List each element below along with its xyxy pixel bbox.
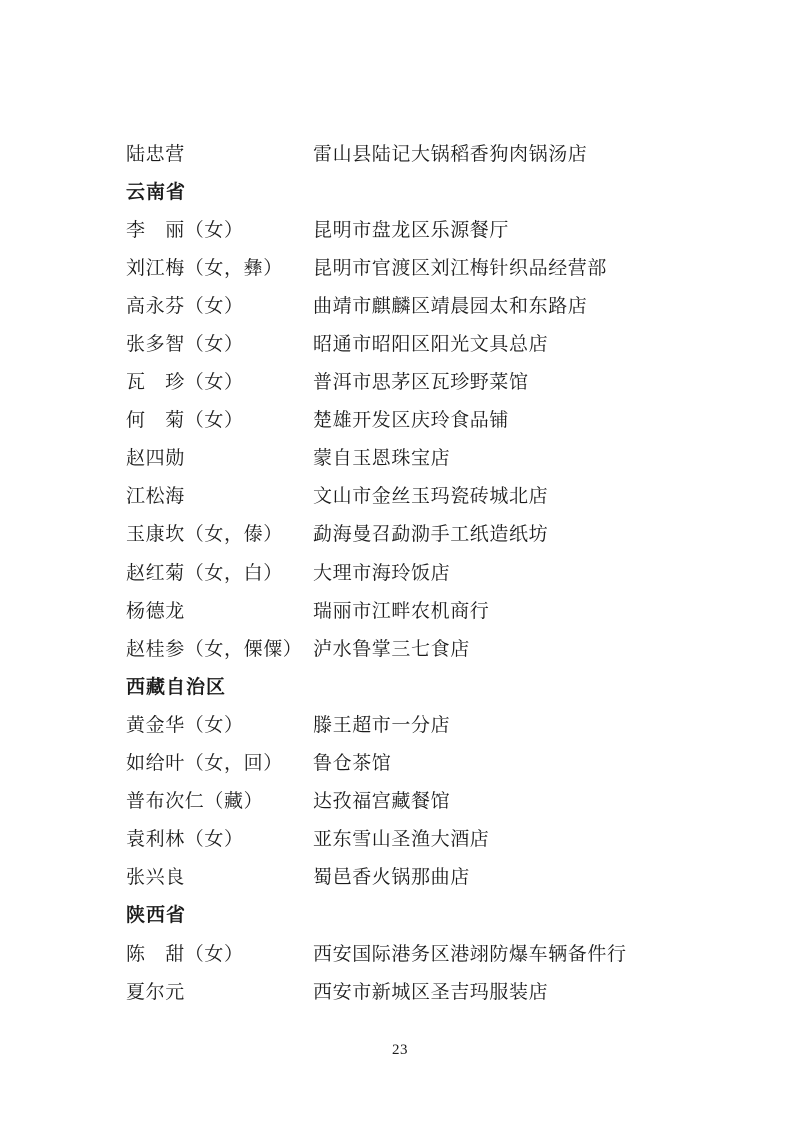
list-entry: 张兴良 蜀邑香火锅那曲店 xyxy=(126,857,706,895)
business-name: 楚雄开发区庆玲食品铺 xyxy=(313,405,706,432)
business-name: 昭通市昭阳区阳光文具总店 xyxy=(313,329,706,356)
list-entry: 李 丽（女） 昆明市盘龙区乐源餐厅 xyxy=(126,209,706,247)
business-name: 文山市金丝玉玛瓷砖城北店 xyxy=(313,481,706,508)
section-header-shaanxi: 陕西省 xyxy=(126,895,706,933)
list-entry: 赵桂参（女，傈僳） 泸水鲁掌三七食店 xyxy=(126,628,706,666)
person-name: 赵桂参（女，傈僳） xyxy=(126,634,313,661)
list-entry: 陆忠营 雷山县陆记大锅稻香狗肉锅汤店 xyxy=(126,133,706,171)
business-name: 大理市海玲饭店 xyxy=(313,558,706,585)
business-name: 泸水鲁掌三七食店 xyxy=(313,634,706,661)
person-name: 普布次仁（藏） xyxy=(126,786,313,813)
business-name: 昆明市盘龙区乐源餐厅 xyxy=(313,215,706,242)
list-entry: 杨德龙 瑞丽市江畔农机商行 xyxy=(126,590,706,628)
business-name: 瑞丽市江畔农机商行 xyxy=(313,596,706,623)
list-entry: 袁利林（女） 亚东雪山圣渔大酒店 xyxy=(126,819,706,857)
list-entry: 瓦 珍（女） 普洱市思茅区瓦珍野菜馆 xyxy=(126,362,706,400)
person-name: 赵四勋 xyxy=(126,443,313,470)
business-name: 滕王超市一分店 xyxy=(313,710,706,737)
person-name: 李 丽（女） xyxy=(126,215,313,242)
award-list: 陆忠营 雷山县陆记大锅稻香狗肉锅汤店 云南省 李 丽（女） 昆明市盘龙区乐源餐厅… xyxy=(126,133,706,1009)
document-page: 陆忠营 雷山县陆记大锅稻香狗肉锅汤店 云南省 李 丽（女） 昆明市盘龙区乐源餐厅… xyxy=(0,0,800,1131)
business-name: 鲁仓茶馆 xyxy=(313,748,706,775)
business-name: 蒙自玉恩珠宝店 xyxy=(313,443,706,470)
person-name: 如给叶（女，回） xyxy=(126,748,313,775)
section-header-xizang: 西藏自治区 xyxy=(126,666,706,704)
person-name: 黄金华（女） xyxy=(126,710,313,737)
list-entry: 陈 甜（女） 西安国际港务区港翊防爆车辆备件行 xyxy=(126,933,706,971)
person-name: 瓦 珍（女） xyxy=(126,367,313,394)
list-entry: 赵红菊（女，白） 大理市海玲饭店 xyxy=(126,552,706,590)
person-name: 杨德龙 xyxy=(126,596,313,623)
list-entry: 黄金华（女） 滕王超市一分店 xyxy=(126,704,706,742)
list-entry: 江松海 文山市金丝玉玛瓷砖城北店 xyxy=(126,476,706,514)
person-name: 夏尔元 xyxy=(126,977,313,1004)
person-name: 陆忠营 xyxy=(126,139,313,166)
business-name: 达孜福宫藏餐馆 xyxy=(313,786,706,813)
list-entry: 高永芬（女） 曲靖市麒麟区靖晨园太和东路店 xyxy=(126,285,706,323)
person-name: 袁利林（女） xyxy=(126,824,313,851)
business-name: 曲靖市麒麟区靖晨园太和东路店 xyxy=(313,291,706,318)
list-entry: 夏尔元 西安市新城区圣吉玛服装店 xyxy=(126,971,706,1009)
person-name: 陈 甜（女） xyxy=(126,939,313,966)
list-entry: 赵四勋 蒙自玉恩珠宝店 xyxy=(126,438,706,476)
business-name: 昆明市官渡区刘江梅针织品经营部 xyxy=(313,253,706,280)
business-name: 西安国际港务区港翊防爆车辆备件行 xyxy=(313,939,706,966)
person-name: 玉康坎（女，傣） xyxy=(126,519,313,546)
list-entry: 普布次仁（藏） 达孜福宫藏餐馆 xyxy=(126,781,706,819)
list-entry: 如给叶（女，回） 鲁仓茶馆 xyxy=(126,743,706,781)
business-name: 亚东雪山圣渔大酒店 xyxy=(313,824,706,851)
list-entry: 刘江梅（女，彝） 昆明市官渡区刘江梅针织品经营部 xyxy=(126,247,706,285)
business-name: 普洱市思茅区瓦珍野菜馆 xyxy=(313,367,706,394)
person-name: 刘江梅（女，彝） xyxy=(126,253,313,280)
list-entry: 何 菊（女） 楚雄开发区庆玲食品铺 xyxy=(126,400,706,438)
person-name: 江松海 xyxy=(126,481,313,508)
person-name: 何 菊（女） xyxy=(126,405,313,432)
business-name: 勐海曼召勐泐手工纸造纸坊 xyxy=(313,519,706,546)
business-name: 西安市新城区圣吉玛服装店 xyxy=(313,977,706,1004)
list-entry: 玉康坎（女，傣） 勐海曼召勐泐手工纸造纸坊 xyxy=(126,514,706,552)
list-entry: 张多智（女） 昭通市昭阳区阳光文具总店 xyxy=(126,323,706,361)
person-name: 高永芬（女） xyxy=(126,291,313,318)
business-name: 雷山县陆记大锅稻香狗肉锅汤店 xyxy=(313,139,706,166)
person-name: 张兴良 xyxy=(126,862,313,889)
page-number: 23 xyxy=(0,1042,800,1059)
section-header-yunnan: 云南省 xyxy=(126,171,706,209)
person-name: 张多智（女） xyxy=(126,329,313,356)
person-name: 赵红菊（女，白） xyxy=(126,558,313,585)
business-name: 蜀邑香火锅那曲店 xyxy=(313,862,706,889)
